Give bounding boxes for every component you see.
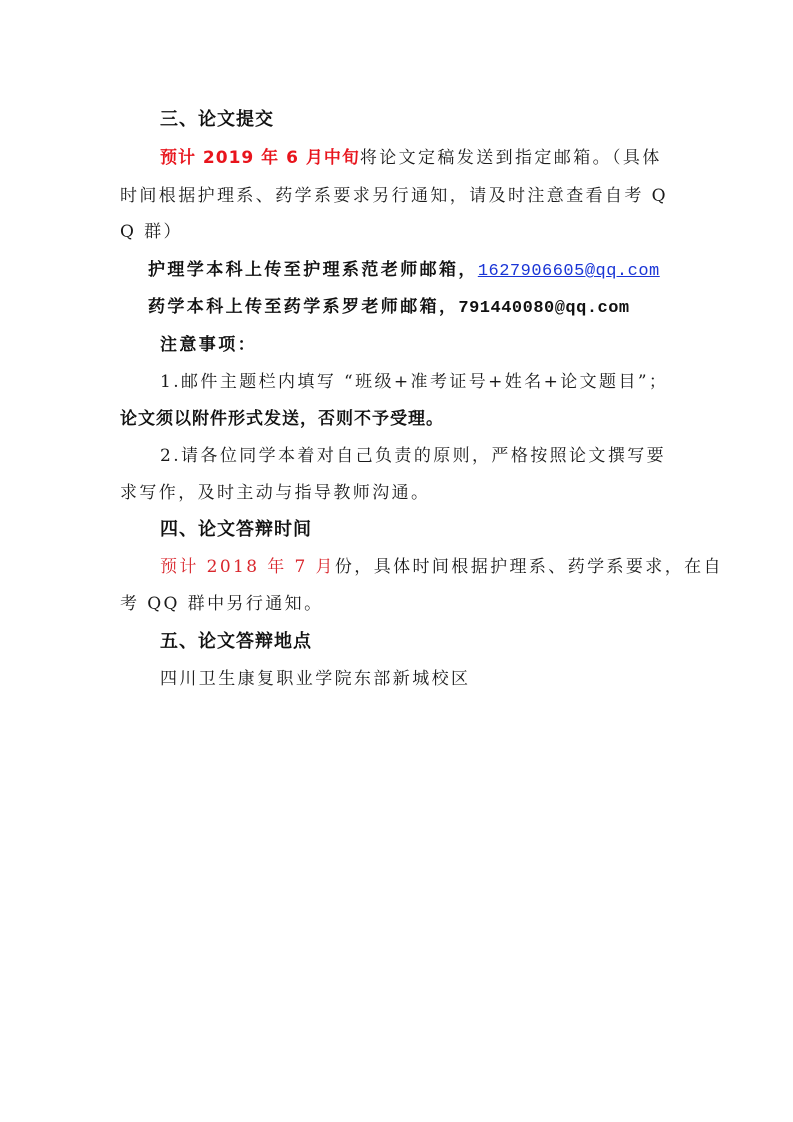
pharmacy-email: 791440080@qq.com [458,299,629,318]
nursing-label: 护理学本科上传至护理系范老师邮箱， [148,260,478,280]
submission-date-highlight: 预计 2019 年 6 月中旬 [160,148,360,168]
section4-text-line2: 考 QQ 群中另行通知。 [120,592,323,616]
section4-text-rest: 份，具体时间根据护理系、药学系要求，在自 [335,557,723,577]
note1-line2: 论文须以附件形式发送，否则不予受理。 [120,407,444,431]
section3-heading: 三、论文提交 [160,108,274,132]
nursing-email-line: 护理学本科上传至护理系范老师邮箱，1627906605@qq.com [148,258,660,284]
defense-location: 四川卫生康复职业学院东部新城校区 [160,667,470,691]
note2-line2: 求写作，及时主动与指导教师沟通。 [120,481,430,505]
section4-text: 预计 2018 年 7 月份，具体时间根据护理系、药学系要求，在自 [160,555,723,579]
note2-line1: 2.请各位同学本着对自己负责的原则，严格按照论文撰写要 [160,444,666,468]
nursing-email-link[interactable]: 1627906605@qq.com [478,262,660,281]
pharmacy-email-line: 药学本科上传至药学系罗老师邮箱，791440080@qq.com [148,295,630,321]
section5-heading: 五、论文答辩地点 [160,630,312,654]
section4-heading: 四、论文答辩时间 [160,518,312,542]
section3-intro: 预计 2019 年 6 月中旬将论文定稿发送到指定邮箱。（具体 [160,146,662,170]
section3-intro-line2: 时间根据护理系、药学系要求另行通知，请及时注意查看自考 Q [120,184,668,208]
note1-line1: 1.邮件主题栏内填写 “班级+准考证号+姓名+论文题目”； [160,370,668,394]
defense-date-highlight: 预计 2018 年 7 月 [160,557,335,577]
section3-intro-line3: Q 群） [120,220,183,244]
notes-heading: 注意事项： [160,333,257,357]
pharmacy-label: 药学本科上传至药学系罗老师邮箱， [148,297,458,317]
intro-text: 将论文定稿发送到指定邮箱。（具体 [360,148,662,168]
